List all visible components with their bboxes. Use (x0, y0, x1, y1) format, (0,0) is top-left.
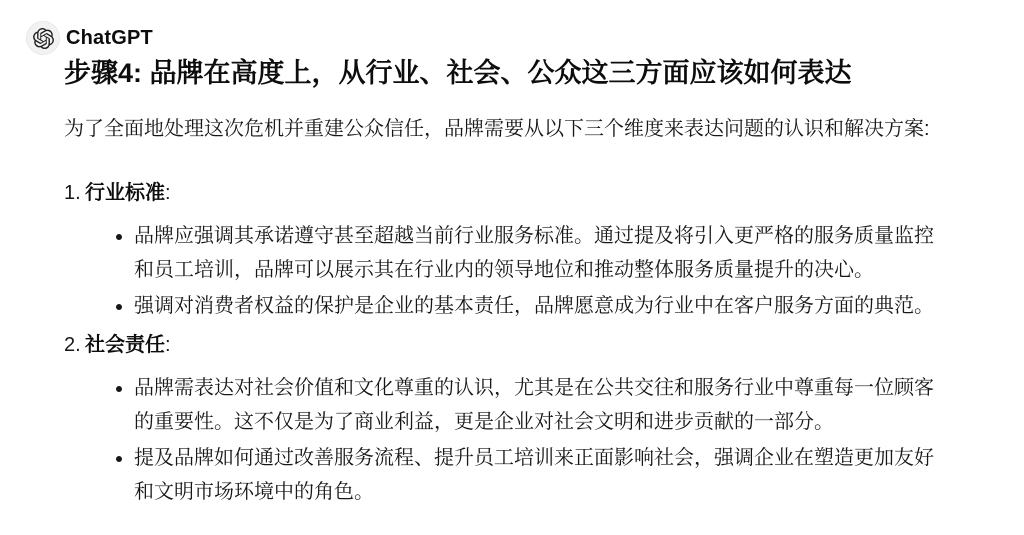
bullet-item: 提及品牌如何通过改善服务流程、提升员工培训来正面影响社会，强调企业在塑造更加友好… (134, 441, 944, 509)
list-item-heading-suffix: : (165, 334, 171, 356)
bullet-item: 品牌需表达对社会价值和文化尊重的认识，尤其是在公共交往和服务行业中尊重每一位顾客… (134, 371, 944, 439)
list-item-heading-suffix: : (165, 182, 171, 204)
list-item-number: 1. (64, 176, 85, 210)
list-item-heading-text: 行业标准 (85, 182, 165, 204)
message-content: 步骤4: 品牌在高度上，从行业、社会、公众这三方面应该如何表达 为了全面地处理这… (64, 56, 994, 514)
bullet-item: 强调对消费者权益的保护是企业的基本责任，品牌愿意成为行业中在客户服务方面的典范。 (134, 289, 944, 323)
openai-logo-icon (33, 28, 54, 49)
assistant-header: ChatGPT (26, 20, 153, 56)
chatgpt-avatar (26, 21, 60, 55)
intro-paragraph: 为了全面地处理这次危机并重建公众信任，品牌需要从以下三个维度来表达问题的认识和解… (64, 112, 934, 146)
chat-message-view: ChatGPT 步骤4: 品牌在高度上，从行业、社会、公众这三方面应该如何表达 … (0, 0, 1024, 535)
numbered-list: 1.行业标准: 品牌应强调其承诺遵守甚至超越当前行业服务标准。通过提及将引入更严… (64, 176, 994, 509)
list-item-number: 2. (64, 328, 85, 362)
bullet-item: 品牌应强调其承诺遵守甚至超越当前行业服务标准。通过提及将引入更严格的服务质量监控… (134, 219, 944, 287)
assistant-name: ChatGPT (66, 27, 153, 50)
list-item-heading-text: 社会责任 (85, 334, 165, 356)
list-item-heading: 1.行业标准: (64, 176, 994, 210)
list-item-industry-standard: 1.行业标准: 品牌应强调其承诺遵守甚至超越当前行业服务标准。通过提及将引入更严… (64, 176, 994, 323)
message-title: 步骤4: 品牌在高度上，从行业、社会、公众这三方面应该如何表达 (64, 56, 994, 91)
list-item-social-responsibility: 2.社会责任: 品牌需表达对社会价值和文化尊重的认识，尤其是在公共交往和服务行业… (64, 328, 994, 509)
bullet-list: 品牌需表达对社会价值和文化尊重的认识，尤其是在公共交往和服务行业中尊重每一位顾客… (64, 371, 944, 509)
list-item-heading: 2.社会责任: (64, 328, 994, 362)
bullet-list: 品牌应强调其承诺遵守甚至超越当前行业服务标准。通过提及将引入更严格的服务质量监控… (64, 219, 944, 323)
